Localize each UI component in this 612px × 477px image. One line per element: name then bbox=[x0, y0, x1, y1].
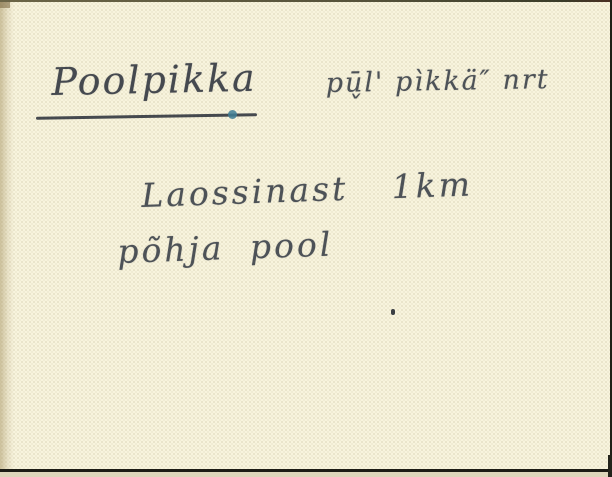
ink-dot bbox=[391, 309, 395, 315]
note-line-2: põhja pool bbox=[117, 224, 334, 271]
title-underline bbox=[36, 113, 257, 119]
scan-edge-left bbox=[0, 0, 14, 477]
note-line-1: Laossinast 1km bbox=[141, 164, 474, 215]
phonetic-transcription: pū̬l' pìkkä″ nrt bbox=[325, 64, 549, 99]
place-name-title: Poolpikka bbox=[51, 56, 257, 104]
scan-edge-top bbox=[0, 0, 612, 2]
scanned-card: Poolpikka pū̬l' pìkkä″ nrt Laossinast 1k… bbox=[0, 0, 612, 477]
scan-edge-bottom-margin bbox=[0, 472, 612, 477]
ink-blob bbox=[228, 110, 237, 119]
scan-corner-bottom-right bbox=[608, 455, 612, 477]
